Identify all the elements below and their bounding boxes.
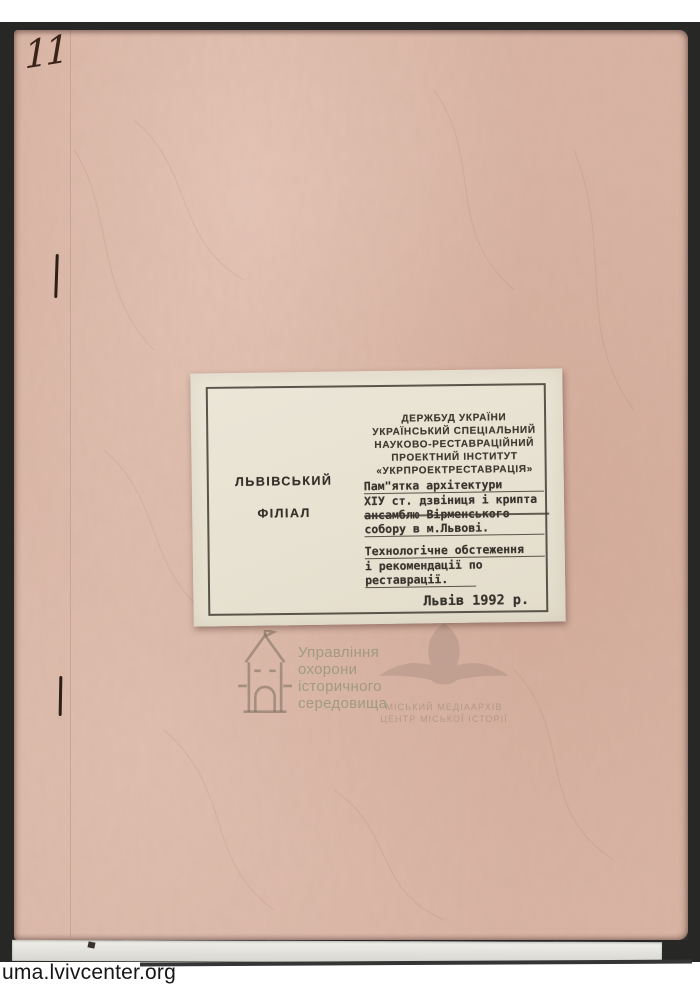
branch-line: ЛЬВІВСЬКИЙ: [208, 473, 360, 489]
city-domes-watermark-icon: [373, 618, 515, 706]
branch-name: ЛЬВІВСЬКИЙ ФІЛІАЛ: [208, 473, 361, 521]
organization-header: ДЕРЖБУД УКРАЇНИ УКРАЇНСЬКИЙ СПЕЦІАЛЬНИЙ …: [363, 411, 546, 479]
archive-site-watermark: uma.lvivcenter.org: [2, 961, 176, 985]
fold-crease: [70, 30, 71, 938]
org-header-line: «УКРПРОЕКТРЕСТАВРАЦІЯ»: [364, 463, 546, 479]
watermark-text-line: ЦЕНТР МІСЬКОЇ ІСТОРІЇ: [366, 713, 522, 725]
branch-line: ФІЛІАЛ: [208, 505, 360, 521]
heritage-tower-watermark-icon: [232, 630, 298, 716]
ink-speck: [87, 941, 95, 948]
document-subtitle-line: реставрації.: [365, 572, 476, 589]
handwritten-page-number: 11: [24, 26, 67, 77]
place-and-year: Львів 1992 р.: [365, 593, 545, 610]
scanned-document-page: 11 Управління охорони історичного середо…: [0, 0, 700, 990]
title-label: ЛЬВІВСЬКИЙ ФІЛІАЛ ДЕРЖБУД УКРАЇНИ УКРАЇН…: [190, 368, 565, 626]
watermark-text-line: МІСЬКИЙ МЕДІААРХІВ: [366, 701, 522, 713]
document-title-line: ансамблю Вірменського: [364, 506, 544, 523]
media-archive-watermark-text: МІСЬКИЙ МЕДІААРХІВ ЦЕНТР МІСЬКОЇ ІСТОРІЇ: [366, 701, 522, 725]
org-header-line: НАУКОВО-РЕСТАВРАЦІЙНИЙ: [363, 437, 545, 453]
typewritten-block: Пам"ятка архітектури ХІУ ст. дзвіниця і …: [364, 477, 546, 610]
